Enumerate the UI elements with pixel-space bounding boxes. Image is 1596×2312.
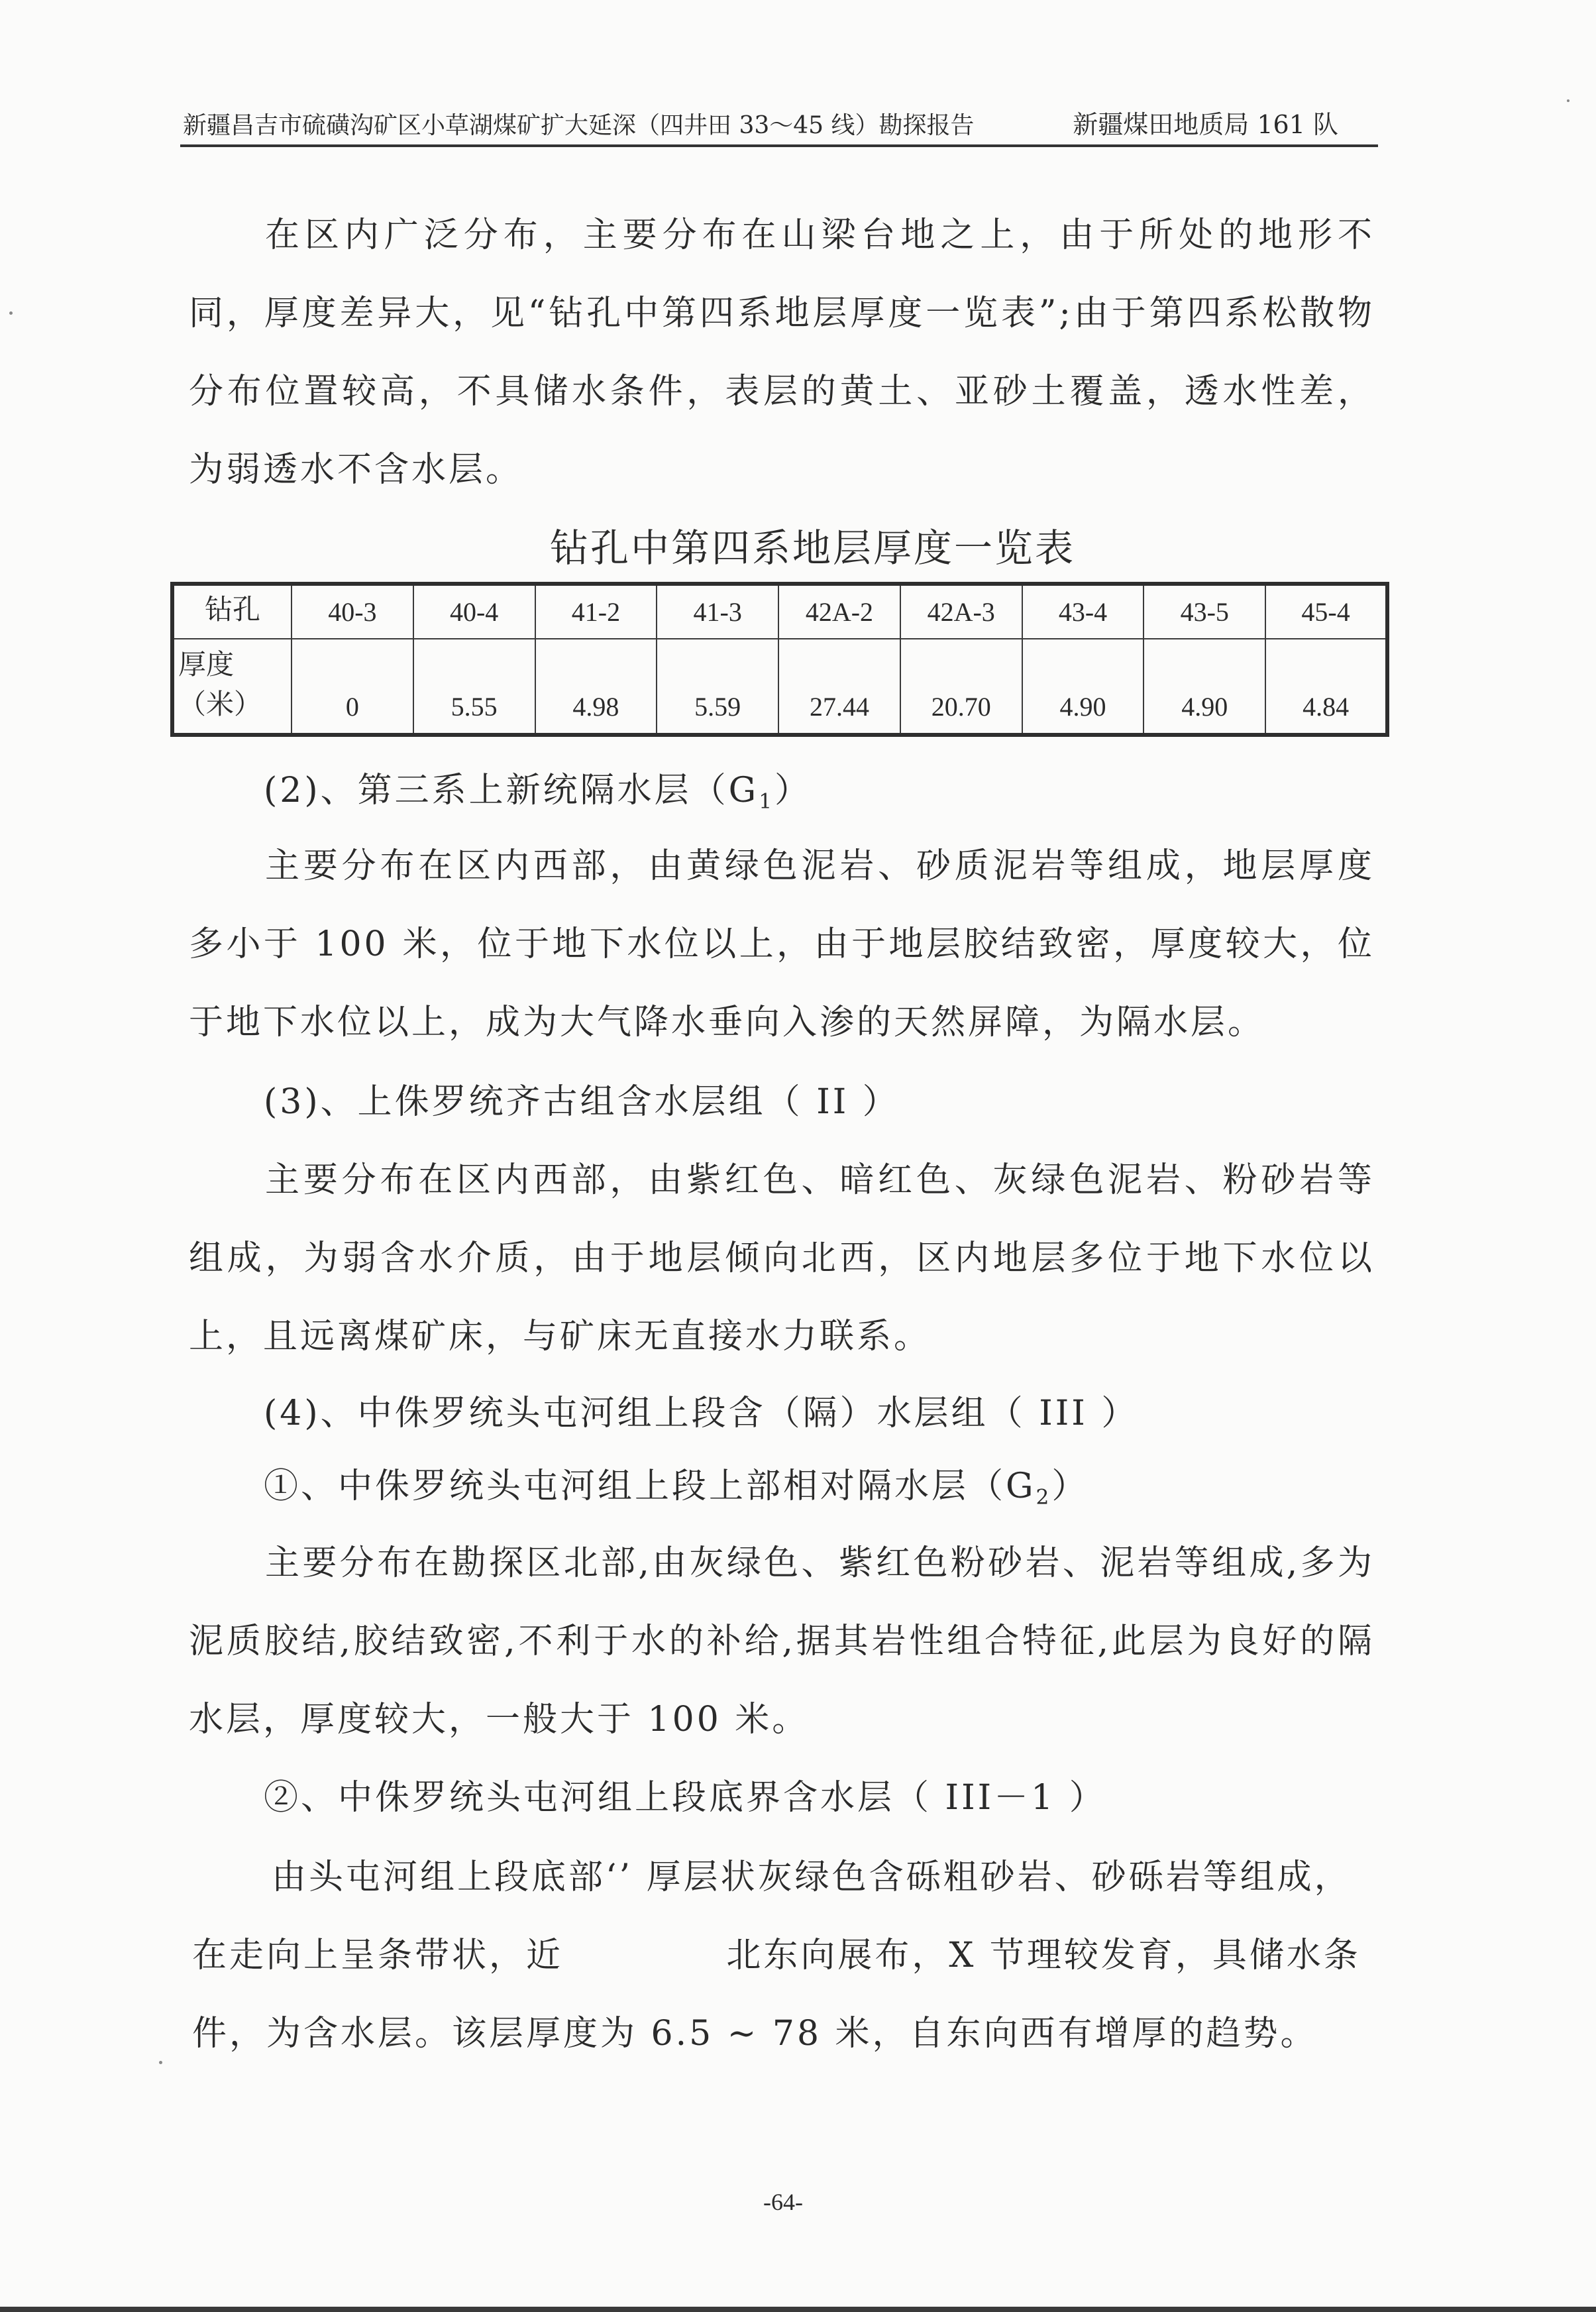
thickness-value: 20.70 — [900, 639, 1022, 735]
organization-name: 新疆煤田地质局 161 队 — [1073, 104, 1338, 140]
hole-id: 43-4 — [1022, 584, 1144, 639]
scan-edge — [0, 2307, 1596, 2312]
paragraph-quaternary: 在区内广泛分布，主要分布在山梁台地之上，由于所处的地形不同，厚度差异大，见“钻孔… — [189, 196, 1375, 509]
thickness-value: 4.90 — [1022, 639, 1144, 735]
subsection-heading-1: ①、中侏罗统头屯河组上段上部相对隔水层（G2） — [264, 1458, 1089, 1509]
paragraph-aquifer-line-1: 由头屯河组上段底部‘’ 厚层状灰绿色含砾粗砂岩、砂砾岩等组成， — [272, 1849, 1352, 1899]
paragraph-aquiclude: 主要分布在勘探区北部,由灰绿色、紫红色粉砂岩、泥岩等组成,多为泥质胶结,胶结致密… — [189, 1524, 1375, 1759]
running-header: 新疆昌吉市硫磺沟矿区小草湖煤矿扩大延深（四井田 33～45 线）勘探报告 新疆煤… — [180, 106, 1378, 147]
hole-id: 40-4 — [413, 584, 535, 639]
paragraph-tertiary: 主要分布在区内西部，由黄绿色泥岩、砂质泥岩等组成，地层厚度多小于 100 米，位… — [189, 827, 1375, 1062]
row-label: 钻孔 — [172, 584, 292, 639]
hole-id: 40-3 — [292, 584, 413, 639]
hole-id: 42A-2 — [778, 584, 900, 639]
hole-id: 41-3 — [657, 584, 778, 639]
paragraph-qigu: 主要分布在区内西部，由紫红色、暗红色、灰绿色泥岩、粉砂岩等组成，为弱含水介质，由… — [189, 1141, 1375, 1376]
hole-id: 42A-3 — [900, 584, 1022, 639]
scan-speck — [159, 2061, 162, 2064]
hole-id: 43-5 — [1144, 584, 1265, 639]
hole-id: 41-2 — [535, 584, 657, 639]
hole-id: 45-4 — [1265, 584, 1387, 639]
table-row-holes: 钻孔 40-3 40-4 41-2 41-3 42A-2 42A-3 43-4 … — [172, 584, 1387, 639]
scan-speck — [9, 311, 13, 315]
row-label: 厚度（米） — [172, 639, 292, 735]
subsection-heading-2: ②、中侏罗统头屯河组上段底界含水层（ III－1 ） — [264, 1769, 1106, 1819]
thickness-value: 0 — [292, 639, 413, 735]
table-row-thickness: 厚度（米） 0 5.55 4.98 5.59 27.44 20.70 4.90 … — [172, 639, 1387, 735]
thickness-value: 4.98 — [535, 639, 657, 735]
borehole-thickness-table: 钻孔 40-3 40-4 41-2 41-3 42A-2 42A-3 43-4 … — [170, 582, 1389, 737]
thickness-value: 4.90 — [1144, 639, 1265, 735]
thickness-value: 4.84 — [1265, 639, 1387, 735]
report-title: 新疆昌吉市硫磺沟矿区小草湖煤矿扩大延深（四井田 33～45 线）勘探报告 — [183, 107, 975, 140]
thickness-value: 5.55 — [413, 639, 535, 735]
thickness-value: 27.44 — [778, 639, 900, 735]
section-heading-3: (3)、上侏罗统齐古组含水层组（ II ） — [264, 1073, 900, 1123]
section-heading-2: (2)、第三系上新统隔水层（G1） — [264, 762, 812, 813]
thickness-value: 5.59 — [657, 639, 778, 735]
scan-speck — [1567, 99, 1569, 102]
paragraph-aquifer-line-2: 在走向上呈条带状，近 北东向展布，X 节理较发育，具储水条 — [192, 1927, 1361, 1977]
paragraph-aquifer-line-3: 件，为含水层。该层厚度为 6.5 ~ 78 米，自东向西有增厚的趋势。 — [192, 2005, 1318, 2055]
table-title: 钻孔中第四系地层厚度一览表 — [550, 517, 1075, 573]
page-number: -64- — [763, 2188, 803, 2216]
section-heading-4: (4)、中侏罗统头屯河组上段含（隔）水层组（ III ） — [264, 1385, 1138, 1435]
